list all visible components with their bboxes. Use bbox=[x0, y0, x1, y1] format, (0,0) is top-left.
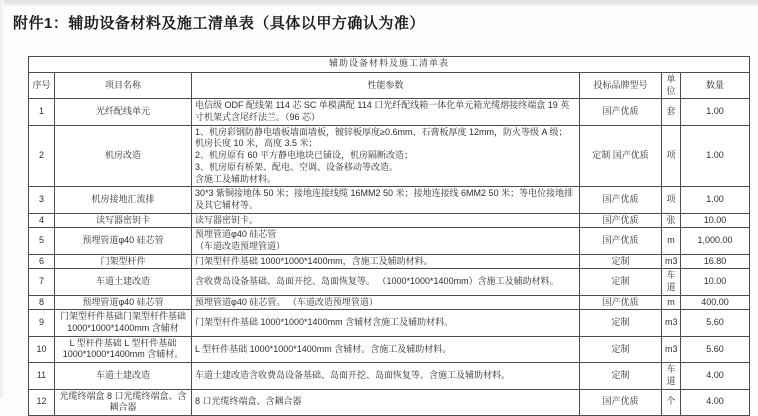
cell-unit: 项 bbox=[662, 187, 681, 213]
cell-no: 7 bbox=[29, 269, 55, 295]
cell-unit: m3 bbox=[662, 254, 681, 269]
table-row: 4读写器密钥卡读写器密钥卡。国产优质张10.00 bbox=[29, 213, 750, 228]
cell-item-name: 车道土建改造 bbox=[55, 363, 192, 389]
table-title-row: 辅助设备材料及施工清单表 bbox=[29, 57, 750, 73]
column-header-spec: 性能参数 bbox=[192, 73, 580, 99]
table-row: 11车道土建改造车道土建改造含收费岛设备基础、岛面开挖、岛面恢复等。含施工及辅助… bbox=[29, 363, 750, 389]
cell-quantity: 4.00 bbox=[681, 389, 750, 398]
cell-item-name: 预埋管道φ40 硅芯管 bbox=[55, 295, 192, 310]
document-heading: 附件1：辅助设备材料及施工清单表（具体以甲方确认为准） bbox=[13, 12, 425, 33]
cell-quantity: 1.00 bbox=[681, 125, 750, 186]
cell-brand: 定制 bbox=[580, 254, 662, 269]
cell-quantity: 1,000.00 bbox=[681, 228, 750, 254]
column-header-name: 项目名称 bbox=[55, 73, 192, 99]
cell-brand: 国产优质 bbox=[580, 228, 662, 254]
cell-brand: 定制 bbox=[580, 363, 662, 389]
cell-spec: 门架型杆件基础 1000*1000*1400mm 含辅材含施工及辅助材料。 bbox=[192, 310, 580, 336]
cell-unit: 套 bbox=[662, 99, 681, 125]
cell-unit: m bbox=[662, 295, 681, 310]
cell-item-name: 光纤配线单元 bbox=[55, 99, 192, 125]
cell-unit: 车道 bbox=[662, 269, 681, 295]
scan-artifact-top bbox=[0, 0, 758, 6]
cell-no: 1 bbox=[29, 99, 55, 125]
cell-no: 3 bbox=[29, 187, 55, 213]
cell-spec: 门架型杆件基础 1000*1000*1400mm，含施工及辅助材料。 bbox=[192, 254, 580, 269]
cell-spec: 预埋管道φ40 硅芯管。 （车道改造预埋管道） bbox=[192, 295, 580, 310]
column-header-no: 序号 bbox=[29, 73, 55, 99]
cell-item-name: 机房接地汇流排 bbox=[55, 187, 192, 213]
cell-spec: 1、机房彩钢防静电墙板墙面墙板，镀锌板厚度≥0.6mm、石膏板厚度 12mm，防… bbox=[192, 125, 580, 186]
equipment-list-table: 辅助设备材料及施工清单表 序号 项目名称 性能参数 投标品牌型号 单位 数量 1… bbox=[28, 56, 750, 398]
cell-item-name: 读写器密钥卡 bbox=[55, 213, 192, 228]
cell-spec: 读写器密钥卡。 bbox=[192, 213, 580, 228]
table-row: 12光缆终端盒 8 口光缆终端盒、含耦合器8 口光缆终端盒、含耦合器国产优质个4… bbox=[29, 389, 750, 398]
cell-item-name: 光缆终端盒 8 口光缆终端盒、含耦合器 bbox=[55, 389, 192, 398]
cell-no: 5 bbox=[29, 228, 55, 254]
table-row: 3机房接地汇流排30*3 紫铜接地体 50 米；接地连接线缆 16MM2 50 … bbox=[29, 187, 750, 213]
table-row: 9门架型杆件基础门架型杆件基础 1000*1000*1400mm 含辅材门架型杆… bbox=[29, 310, 750, 336]
cell-spec: L 型杆件基础 1000*1000*1400mm 含辅材。含施工及辅助材料。 bbox=[192, 336, 580, 362]
cell-quantity: 5.60 bbox=[681, 336, 750, 362]
table-row: 2机房改造1、机房彩钢防静电墙板墙面墙板，镀锌板厚度≥0.6mm、石膏板厚度 1… bbox=[29, 125, 750, 186]
cell-brand: 定制 国产优质 bbox=[580, 125, 662, 186]
cell-brand: 国产优质 bbox=[580, 213, 662, 228]
cell-quantity: 16.80 bbox=[681, 254, 750, 269]
table-row: 5预埋管道φ40 硅芯管预埋管道φ40 硅芯管 （车道改造预埋管道）国产优质m1… bbox=[29, 228, 750, 254]
cell-spec: 车道土建改造含收费岛设备基础、岛面开挖、岛面恢复等。含施工及辅助材料。 bbox=[192, 363, 580, 389]
cell-item-name: 预埋管道φ40 硅芯管 bbox=[55, 228, 192, 254]
table-header-row: 序号 项目名称 性能参数 投标品牌型号 单位 数量 bbox=[29, 73, 750, 99]
cell-unit: m3 bbox=[662, 310, 681, 336]
cell-item-name: 门架型杆件 bbox=[55, 254, 192, 269]
cell-brand: 定制 bbox=[580, 310, 662, 336]
cell-brand: 国产优质 bbox=[580, 389, 662, 398]
cell-brand: 国产优质 bbox=[580, 99, 662, 125]
column-header-unit: 单位 bbox=[662, 73, 681, 99]
cell-item-name: 车道土建改造 bbox=[55, 269, 192, 295]
cell-no: 12 bbox=[29, 389, 55, 398]
table-body: 1光纤配线单元电信级 ODF 配线架 114 芯 SC 单模满配 114 口光纤… bbox=[29, 99, 750, 398]
table-row: 1光纤配线单元电信级 ODF 配线架 114 芯 SC 单模满配 114 口光纤… bbox=[29, 99, 750, 125]
cell-quantity: 10.00 bbox=[681, 269, 750, 295]
cell-no: 11 bbox=[29, 363, 55, 389]
cell-spec: 电信级 ODF 配线架 114 芯 SC 单模满配 114 口光纤配线箱一体化单… bbox=[192, 99, 580, 125]
cell-brand: 定制 bbox=[580, 269, 662, 295]
table-row: 10L 型杆件基础 L 型杆件基础 1000*1000*1400mm 含辅材。L… bbox=[29, 336, 750, 362]
cell-item-name: L 型杆件基础 L 型杆件基础 1000*1000*1400mm 含辅材。 bbox=[55, 336, 192, 362]
table-row: 8预埋管道φ40 硅芯管预埋管道φ40 硅芯管。 （车道改造预埋管道）国产优质m… bbox=[29, 295, 750, 310]
cell-quantity: 400.00 bbox=[681, 295, 750, 310]
table-title: 辅助设备材料及施工清单表 bbox=[29, 57, 750, 73]
table-row: 7车道土建改造含收费岛设备基础、岛面开挖、岛面恢复等。 （1000*1000*1… bbox=[29, 269, 750, 295]
cell-unit: m3 bbox=[662, 336, 681, 362]
cell-quantity: 10.00 bbox=[681, 213, 750, 228]
cell-quantity: 1.00 bbox=[681, 187, 750, 213]
cell-spec: 含收费岛设备基础、岛面开挖、岛面恢复等。 （1000*1000*1400mm）含… bbox=[192, 269, 580, 295]
cell-brand: 国产优质 bbox=[580, 187, 662, 213]
cell-unit: m bbox=[662, 228, 681, 254]
cell-unit: 个 bbox=[662, 389, 681, 398]
cell-no: 4 bbox=[29, 213, 55, 228]
cell-no: 8 bbox=[29, 295, 55, 310]
cell-unit: 张 bbox=[662, 213, 681, 228]
cell-quantity: 4.00 bbox=[681, 363, 750, 389]
cell-brand: 国产优质 bbox=[580, 295, 662, 310]
cell-item-name: 机房改造 bbox=[55, 125, 192, 186]
scan-artifact-left bbox=[0, 0, 4, 398]
cell-no: 6 bbox=[29, 254, 55, 269]
cell-quantity: 5.60 bbox=[681, 310, 750, 336]
cell-spec: 8 口光缆终端盒、含耦合器 bbox=[192, 389, 580, 398]
cell-no: 10 bbox=[29, 336, 55, 362]
cell-no: 2 bbox=[29, 125, 55, 186]
cell-item-name: 门架型杆件基础门架型杆件基础 1000*1000*1400mm 含辅材 bbox=[55, 310, 192, 336]
table-row: 6门架型杆件门架型杆件基础 1000*1000*1400mm，含施工及辅助材料。… bbox=[29, 254, 750, 269]
cell-spec: 预埋管道φ40 硅芯管 （车道改造预埋管道） bbox=[192, 228, 580, 254]
cell-unit: 车道 bbox=[662, 363, 681, 389]
cell-no: 9 bbox=[29, 310, 55, 336]
cell-spec: 30*3 紫铜接地体 50 米；接地连接线缆 16MM2 50 米；接地连接线 … bbox=[192, 187, 580, 213]
cell-unit: 项 bbox=[662, 125, 681, 186]
cell-brand: 定制 bbox=[580, 336, 662, 362]
column-header-brand: 投标品牌型号 bbox=[580, 73, 662, 99]
cell-quantity: 1.00 bbox=[681, 99, 750, 125]
column-header-qty: 数量 bbox=[681, 73, 750, 99]
